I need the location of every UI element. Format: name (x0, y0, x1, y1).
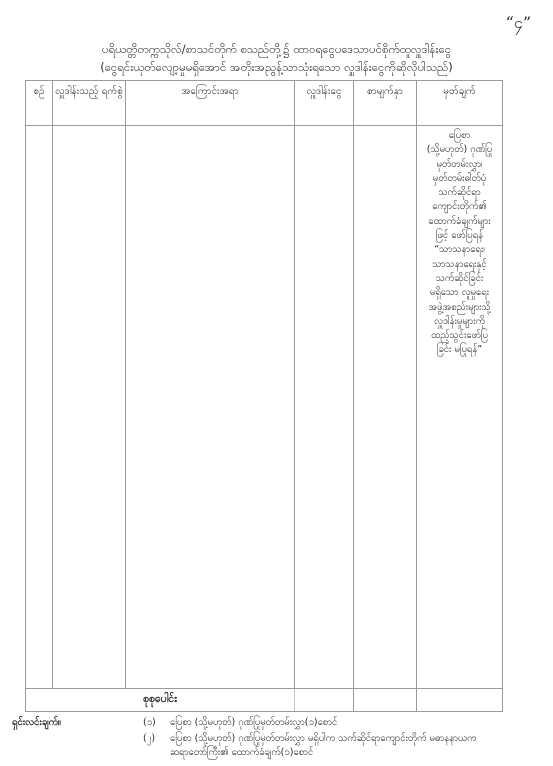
total-label: စုစုပေါင်း (26, 689, 295, 712)
cell-serial (26, 126, 53, 689)
remarks-line: ပြေစာ (417, 129, 502, 143)
remarks-line: သာသနာရေးနှင့် (417, 258, 502, 272)
header-remarks: မှတ်ချက် (417, 81, 503, 126)
remarks-line: မရှိသော လူမှုရေး (417, 286, 502, 300)
page-number: “၄” (506, 12, 531, 36)
header-description: အကြောင်းအရာ (126, 81, 295, 126)
header-page: စာမျက်နှာ (354, 81, 417, 126)
remarks-line: သက်ဆိုင်ခြင်း (417, 272, 502, 286)
total-remarks (417, 689, 503, 712)
cell-amount (295, 126, 354, 689)
note-text: ပြေစာ (သို့မဟုတ်) ဂုဏ်ပြုမှတ်တမ်းလွှာ မရ… (170, 732, 510, 760)
total-amount (295, 689, 354, 712)
remarks-line: လှူဒါန်းမှုများကို (417, 315, 502, 329)
table-header-row: စဉ် လှူဒါန်းသည့် ရက်စွဲ အကြောင်းအရာ လှူဒ… (26, 81, 503, 126)
remarks-line: (သို့မဟုတ်) ဂုဏ်ပြု (417, 143, 502, 157)
remarks-line: ထောက်ခံချက်များ (417, 215, 502, 229)
remarks-line: မှတ်တမ်းလွှာ၊ (417, 158, 502, 172)
remarks-line: ထည့်သွင်းဖော်ပြ (417, 329, 502, 343)
remarks-line: “သာသနာရေး၊ (417, 243, 502, 257)
remarks-text: ပြေစာ(သို့မဟုတ်) ဂုဏ်ပြုမှတ်တမ်းလွှာ၊မှတ… (417, 129, 502, 358)
remarks-line: ဖြင့် ဖော်ပြရန် (417, 229, 502, 243)
cell-date (53, 126, 126, 689)
header-donation-date: လှူဒါန်းသည့် ရက်စွဲ (53, 81, 126, 126)
header-serial: စဉ် (26, 81, 53, 126)
donation-ledger-table: စဉ် လှူဒါန်းသည့် ရက်စွဲ အကြောင်းအရာ လှူဒ… (25, 80, 503, 712)
cell-remarks: ပြေစာ(သို့မဟုတ်) ဂုဏ်ပြုမှတ်တမ်းလွှာ၊မှတ… (417, 126, 503, 689)
remarks-line: ခြင်း မပြုရန်” (417, 343, 502, 357)
notes-label: ရှင်းလင်းချက်။ (12, 716, 61, 730)
total-row: စုစုပေါင်း (26, 689, 503, 712)
cell-description (126, 126, 295, 689)
document-title: ပရိယတ္တိတက္ကသိုလ်/စာသင်တိုက် စသည်တို့၌ ထ… (0, 40, 553, 58)
note-number: (၁) (143, 716, 156, 730)
remarks-line: မှတ်တမ်းဓါတ်ပုံ (417, 172, 502, 186)
note-text: ပြေစာ (သို့မဟုတ်) ဂုဏ်ပြုမှတ်တမ်းလွှာ(၁)… (170, 716, 510, 730)
note-number: (၂) (143, 732, 155, 746)
document-subtitle: (ငွေရင်းယုတ်လျော့မှုမရှိအောင် အတိုးအညွန့… (0, 58, 553, 76)
total-page (354, 689, 417, 712)
remarks-line: အဖွဲ့အစည်းများသို့ (417, 301, 502, 315)
header-donation-amount: လှူဒါန်းငွေ (295, 81, 354, 126)
table-row: ပြေစာ(သို့မဟုတ်) ဂုဏ်ပြုမှတ်တမ်းလွှာ၊မှတ… (26, 126, 503, 689)
cell-page (354, 126, 417, 689)
remarks-line: ကျောင်းတိုက်၏ (417, 200, 502, 214)
remarks-line: သက်ဆိုင်ရာ (417, 186, 502, 200)
